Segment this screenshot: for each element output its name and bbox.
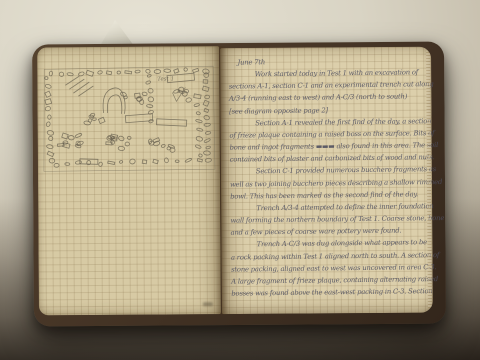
right-page: June 7th Work started today in Test 1 wi… <box>220 47 433 314</box>
binding-gutter <box>213 46 229 314</box>
left-page: Test 1 <box>37 46 221 315</box>
journal-entry: June 7th Work started today in Test 1 wi… <box>228 54 426 308</box>
journal-line: A/3-4 (running east to west) and A-C/3 (… <box>229 91 424 106</box>
journal-lines: Work started today in Test 1 with an exc… <box>229 66 427 299</box>
sketch-label: Test 1 <box>157 76 174 82</box>
site-plan-sketch: Test 1 <box>41 62 218 175</box>
notebook-photo: Test 1 June 7th Work started today in Te… <box>0 0 480 360</box>
journal-line: bosses was found above the east-west pac… <box>231 285 426 300</box>
page-number-smudge <box>203 302 213 306</box>
